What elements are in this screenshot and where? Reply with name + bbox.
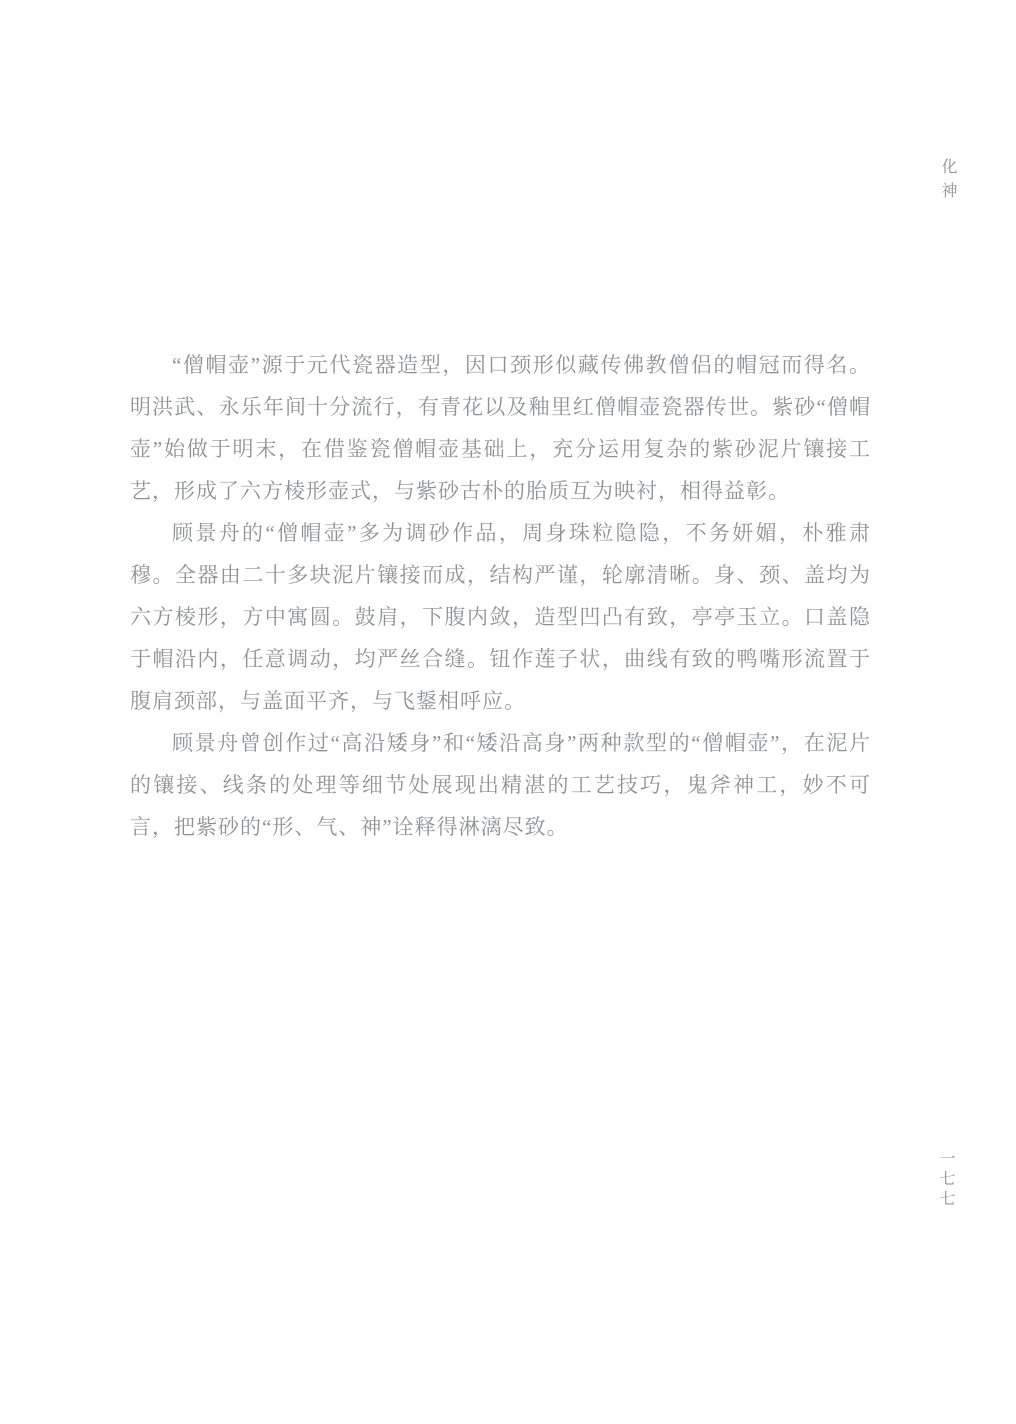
body-text-block: “僧帽壶”源于元代瓷器造型，因口颈形似藏传佛教僧侣的帽冠而得名。明洪武、永乐年间… (130, 344, 871, 848)
chapter-header-vertical: 化神 (936, 158, 959, 206)
body-paragraph: 顾景舟的“僧帽壶”多为调砂作品，周身珠粒隐隐，不务妍媚，朴雅肃穆。全器由二十多块… (130, 512, 871, 722)
page-number: 一七七 (934, 1150, 957, 1210)
book-page: 化神 “僧帽壶”源于元代瓷器造型，因口颈形似藏传佛教僧侣的帽冠而得名。明洪武、永… (0, 0, 1016, 1424)
body-paragraph: “僧帽壶”源于元代瓷器造型，因口颈形似藏传佛教僧侣的帽冠而得名。明洪武、永乐年间… (130, 344, 871, 512)
body-paragraph: 顾景舟曾创作过“高沿矮身”和“矮沿高身”两种款型的“僧帽壶”，在泥片的镶接、线条… (130, 722, 871, 848)
